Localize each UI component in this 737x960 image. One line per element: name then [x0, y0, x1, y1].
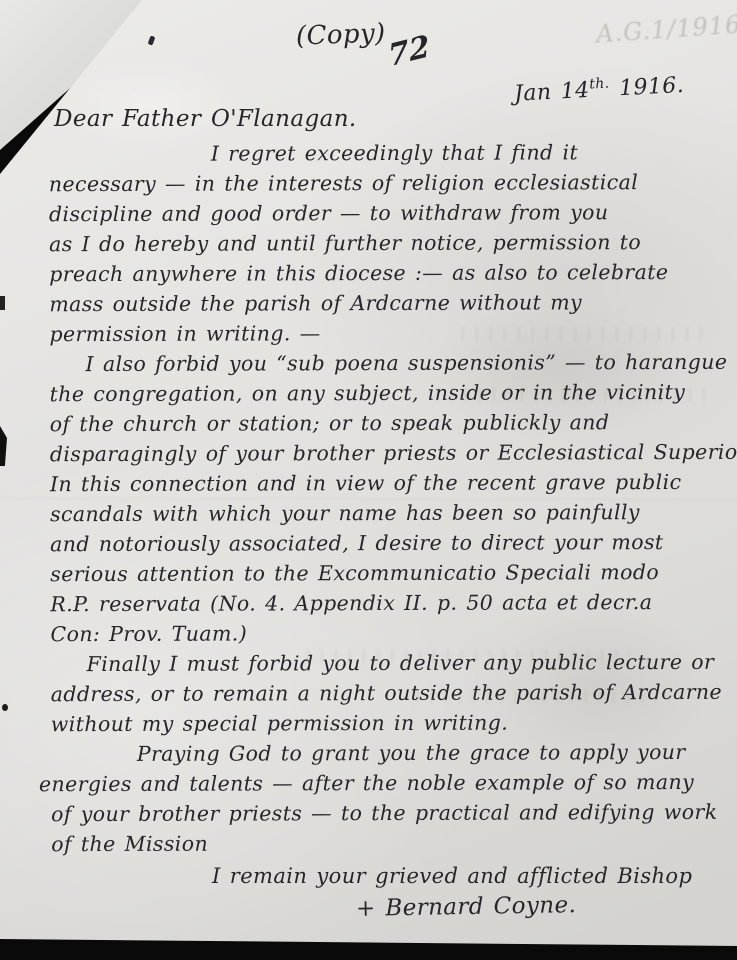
letter-line: R.P. reservata (No. 4. Appendix II. p. 5…	[50, 587, 732, 619]
letter-line: disparagingly of your brother priests or…	[50, 437, 732, 469]
letter-line: discipline and good order — to withdraw …	[49, 197, 731, 229]
letter-line: I regret exceedingly that I find it	[211, 137, 731, 169]
letter-line: address, or to remain a night outside th…	[51, 677, 733, 709]
letter-line: mass outside the parish of Ardcarne with…	[49, 287, 731, 319]
scanned-letter-photo: (Copy) 72 A.G.1/1916/13 Jan 14th. 1916. …	[0, 0, 737, 960]
edge-tear	[0, 296, 5, 310]
archive-reference-pencil: A.G.1/1916/13	[595, 8, 737, 49]
letter-line: scandals with which your name has been s…	[50, 497, 732, 529]
closing-line: I remain your grieved and afflicted Bish…	[212, 864, 692, 888]
letter-line: of the Mission	[51, 827, 733, 859]
letter-line: and notoriously associated, I desire to …	[50, 527, 732, 559]
letter-line: of your brother priests — to the practic…	[51, 797, 733, 829]
signature: + Bernard Coyne.	[356, 892, 577, 922]
letter-line: Con: Prov. Tuam.)	[50, 617, 732, 649]
copy-label: (Copy)	[296, 18, 387, 51]
letter-line: In this connection and in view of the re…	[50, 467, 732, 499]
letter-line: necessary — in the interests of religion…	[49, 167, 731, 199]
letter-line: I also forbid you “sub poena suspensioni…	[85, 347, 731, 379]
ink-speck	[2, 704, 8, 711]
date-ordinal: th.	[589, 75, 610, 92]
edge-tear	[0, 426, 7, 466]
letter-line: energies and talents — after the noble e…	[39, 767, 733, 799]
letter-paper: (Copy) 72 A.G.1/1916/13 Jan 14th. 1916. …	[0, 0, 737, 960]
date-year: 1916.	[619, 73, 685, 101]
letter-line: the congregation, on any subject, inside…	[50, 377, 732, 409]
letter-date: Jan 14th. 1916.	[513, 72, 684, 107]
letter-line: preach anywhere in this diocese :— as al…	[49, 257, 731, 289]
letter-line: permission in writing. —	[49, 317, 731, 349]
ink-speck	[148, 35, 156, 45]
letter-body: I regret exceedingly that I find it nece…	[49, 137, 734, 859]
letter-line: of the church or station; or to speak pu…	[50, 407, 732, 439]
salutation: Dear Father O'Flanagan.	[54, 106, 357, 132]
letter-line: without my special permission in writing…	[51, 707, 733, 739]
letter-line: as I do hereby and until further notice,…	[49, 227, 731, 259]
paper-highlight	[60, 60, 240, 150]
date-day: Jan 14	[513, 78, 590, 107]
letter-line: Praying God to grant you the grace to ap…	[137, 737, 733, 769]
letter-line: Finally I must forbid you to deliver any…	[87, 647, 733, 679]
letter-line: serious attention to the Excommunicatio …	[50, 557, 732, 589]
page-number-squiggle: 72	[387, 29, 432, 74]
